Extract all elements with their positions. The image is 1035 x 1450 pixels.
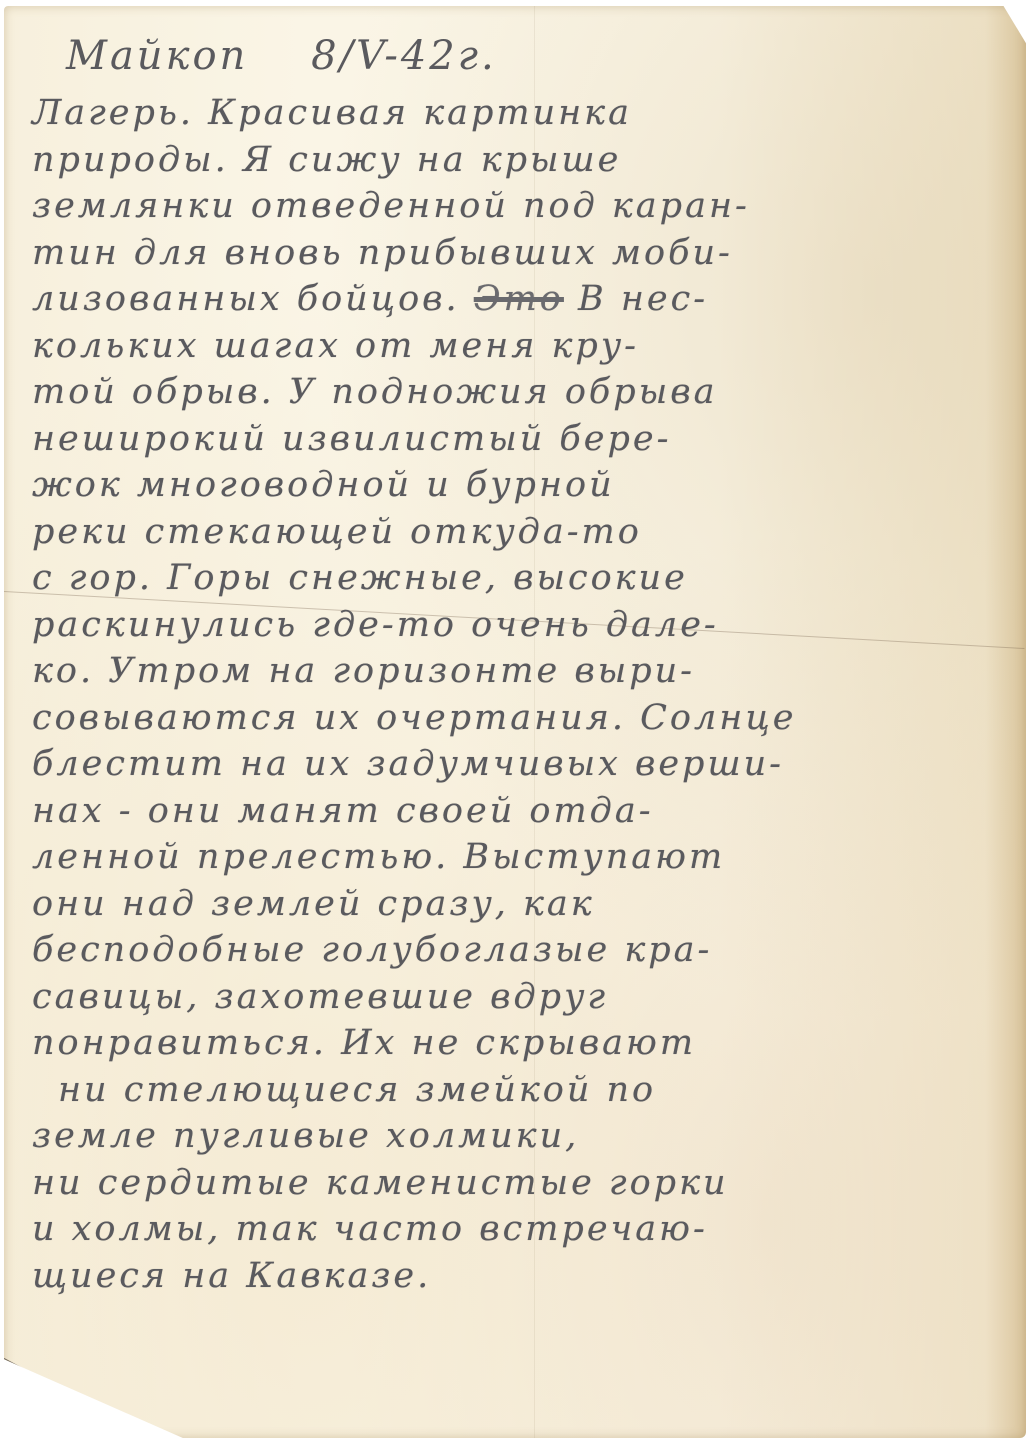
- text-line: они над землей сразу, как: [32, 881, 1022, 928]
- text-fragment: В нес-: [578, 279, 708, 319]
- struck-out-word: Это: [474, 279, 564, 319]
- text-line: ни стелющиеся змейкой по: [32, 1067, 1022, 1114]
- text-line: бесподобные голубоглазые кра-: [32, 927, 1022, 974]
- text-line: ни сердитые каменистые горки: [32, 1160, 1022, 1207]
- text-line: и холмы, так часто встречаю-: [32, 1206, 1022, 1253]
- text-line: земле пугливые холмики,: [32, 1113, 1022, 1160]
- text-line: природы. Я сижу на крыше: [32, 137, 1022, 184]
- text-line: землянки отведенной под каран-: [32, 183, 1022, 230]
- text-line: тин для вновь прибывших моби-: [32, 230, 1022, 277]
- text-line: лизованных бойцов. Это В нес-: [32, 276, 1022, 323]
- text-line: той обрыв. У подножия обрыва: [32, 369, 1022, 416]
- entry-place: Майкоп: [66, 33, 248, 79]
- text-line: нах - они манят своей отда-: [32, 788, 1022, 835]
- handwritten-text: Майкоп 8/V-42г. Лагерь. Красивая картинк…: [32, 26, 1022, 1299]
- text-line: савицы, захотевшие вдруг: [32, 974, 1022, 1021]
- text-line: Лагерь. Красивая картинка: [32, 90, 1022, 137]
- text-line: с гор. Горы снежные, высокие: [32, 555, 1022, 602]
- text-line: раскинулись где-то очень дале-: [32, 602, 1022, 649]
- text-fragment: лизованных бойцов.: [32, 279, 460, 319]
- entry-header: Майкоп 8/V-42г.: [32, 26, 1022, 86]
- paper-sheet: Майкоп 8/V-42г. Лагерь. Красивая картинк…: [4, 6, 1026, 1438]
- text-line: ленной прелестью. Выступают: [32, 834, 1022, 881]
- text-line: неширокий извилистый бере-: [32, 416, 1022, 463]
- text-line: жок многоводной и бурной: [32, 462, 1022, 509]
- text-line: понравиться. Их не скрывают: [32, 1020, 1022, 1067]
- text-line: совываются их очертания. Солнце: [32, 695, 1022, 742]
- text-line: щиеся на Кавказе.: [32, 1253, 1022, 1300]
- entry-date: 8/V-42г.: [311, 33, 496, 79]
- torn-corner: [4, 1358, 181, 1450]
- text-line: ко. Утром на горизонте выри-: [32, 648, 1022, 695]
- text-line: кольких шагах от меня кру-: [32, 323, 1022, 370]
- text-line: блестит на их задумчивых верши-: [32, 741, 1022, 788]
- text-line: реки стекающей откуда-то: [32, 509, 1022, 556]
